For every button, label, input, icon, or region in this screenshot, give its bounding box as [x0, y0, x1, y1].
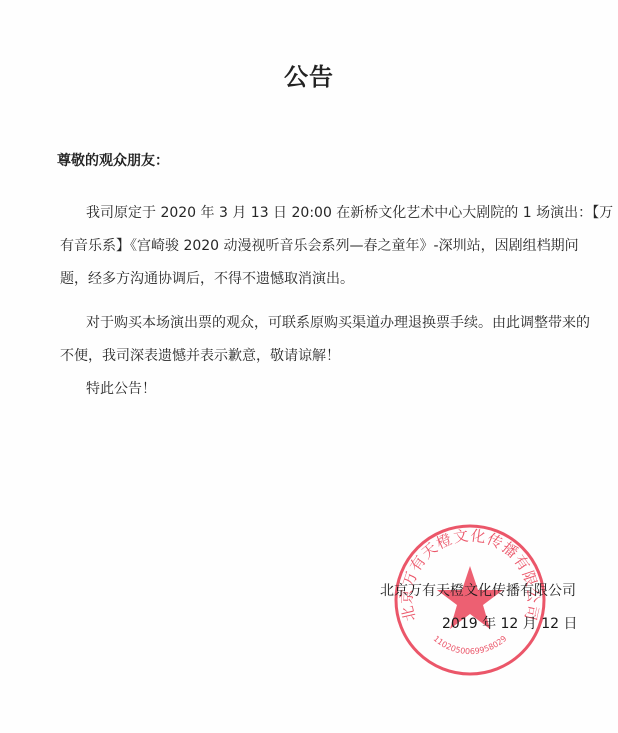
salutation: 尊敬的观众朋友：	[57, 150, 169, 170]
svg-text:1102050069958029: 1102050069958029	[432, 634, 509, 656]
paragraph-cancellation: 我司原定于 2020 年 3 月 13 日 20:00 在新桥文化艺术中心大剧院…	[60, 197, 560, 296]
document-title: 公告	[0, 57, 618, 92]
closing-text: 特此公告！	[60, 373, 560, 406]
paragraph-line: 不便，我司深表遗憾并表示歉意，敬请谅解！	[60, 340, 560, 373]
paragraph-line: 题，经多方沟通协调后，不得不遗憾取消演出。	[60, 263, 560, 296]
signature-date: 2019 年 12 月 12 日	[442, 613, 578, 633]
paragraph-line: 对于购买本场演出票的观众，可联系原购买渠道办理退换票手续。由此调整带来的	[60, 307, 560, 340]
paragraph-refund: 对于购买本场演出票的观众，可联系原购买渠道办理退换票手续。由此调整带来的 不便，…	[60, 307, 560, 406]
signature-company: 北京万有天橙文化传播有限公司	[380, 580, 576, 600]
company-seal-icon: 北京万有天橙文化传播有限公司 1102050069958029	[392, 522, 548, 678]
notice-document: 公告 尊敬的观众朋友： 我司原定于 2020 年 3 月 13 日 20:00 …	[0, 0, 618, 733]
paragraph-line: 我司原定于 2020 年 3 月 13 日 20:00 在新桥文化艺术中心大剧院…	[60, 197, 560, 230]
paragraph-line: 有音乐系】《宫崎骏 2020 动漫视听音乐会系列—春之童年》-深圳站，因剧组档期…	[60, 230, 560, 263]
